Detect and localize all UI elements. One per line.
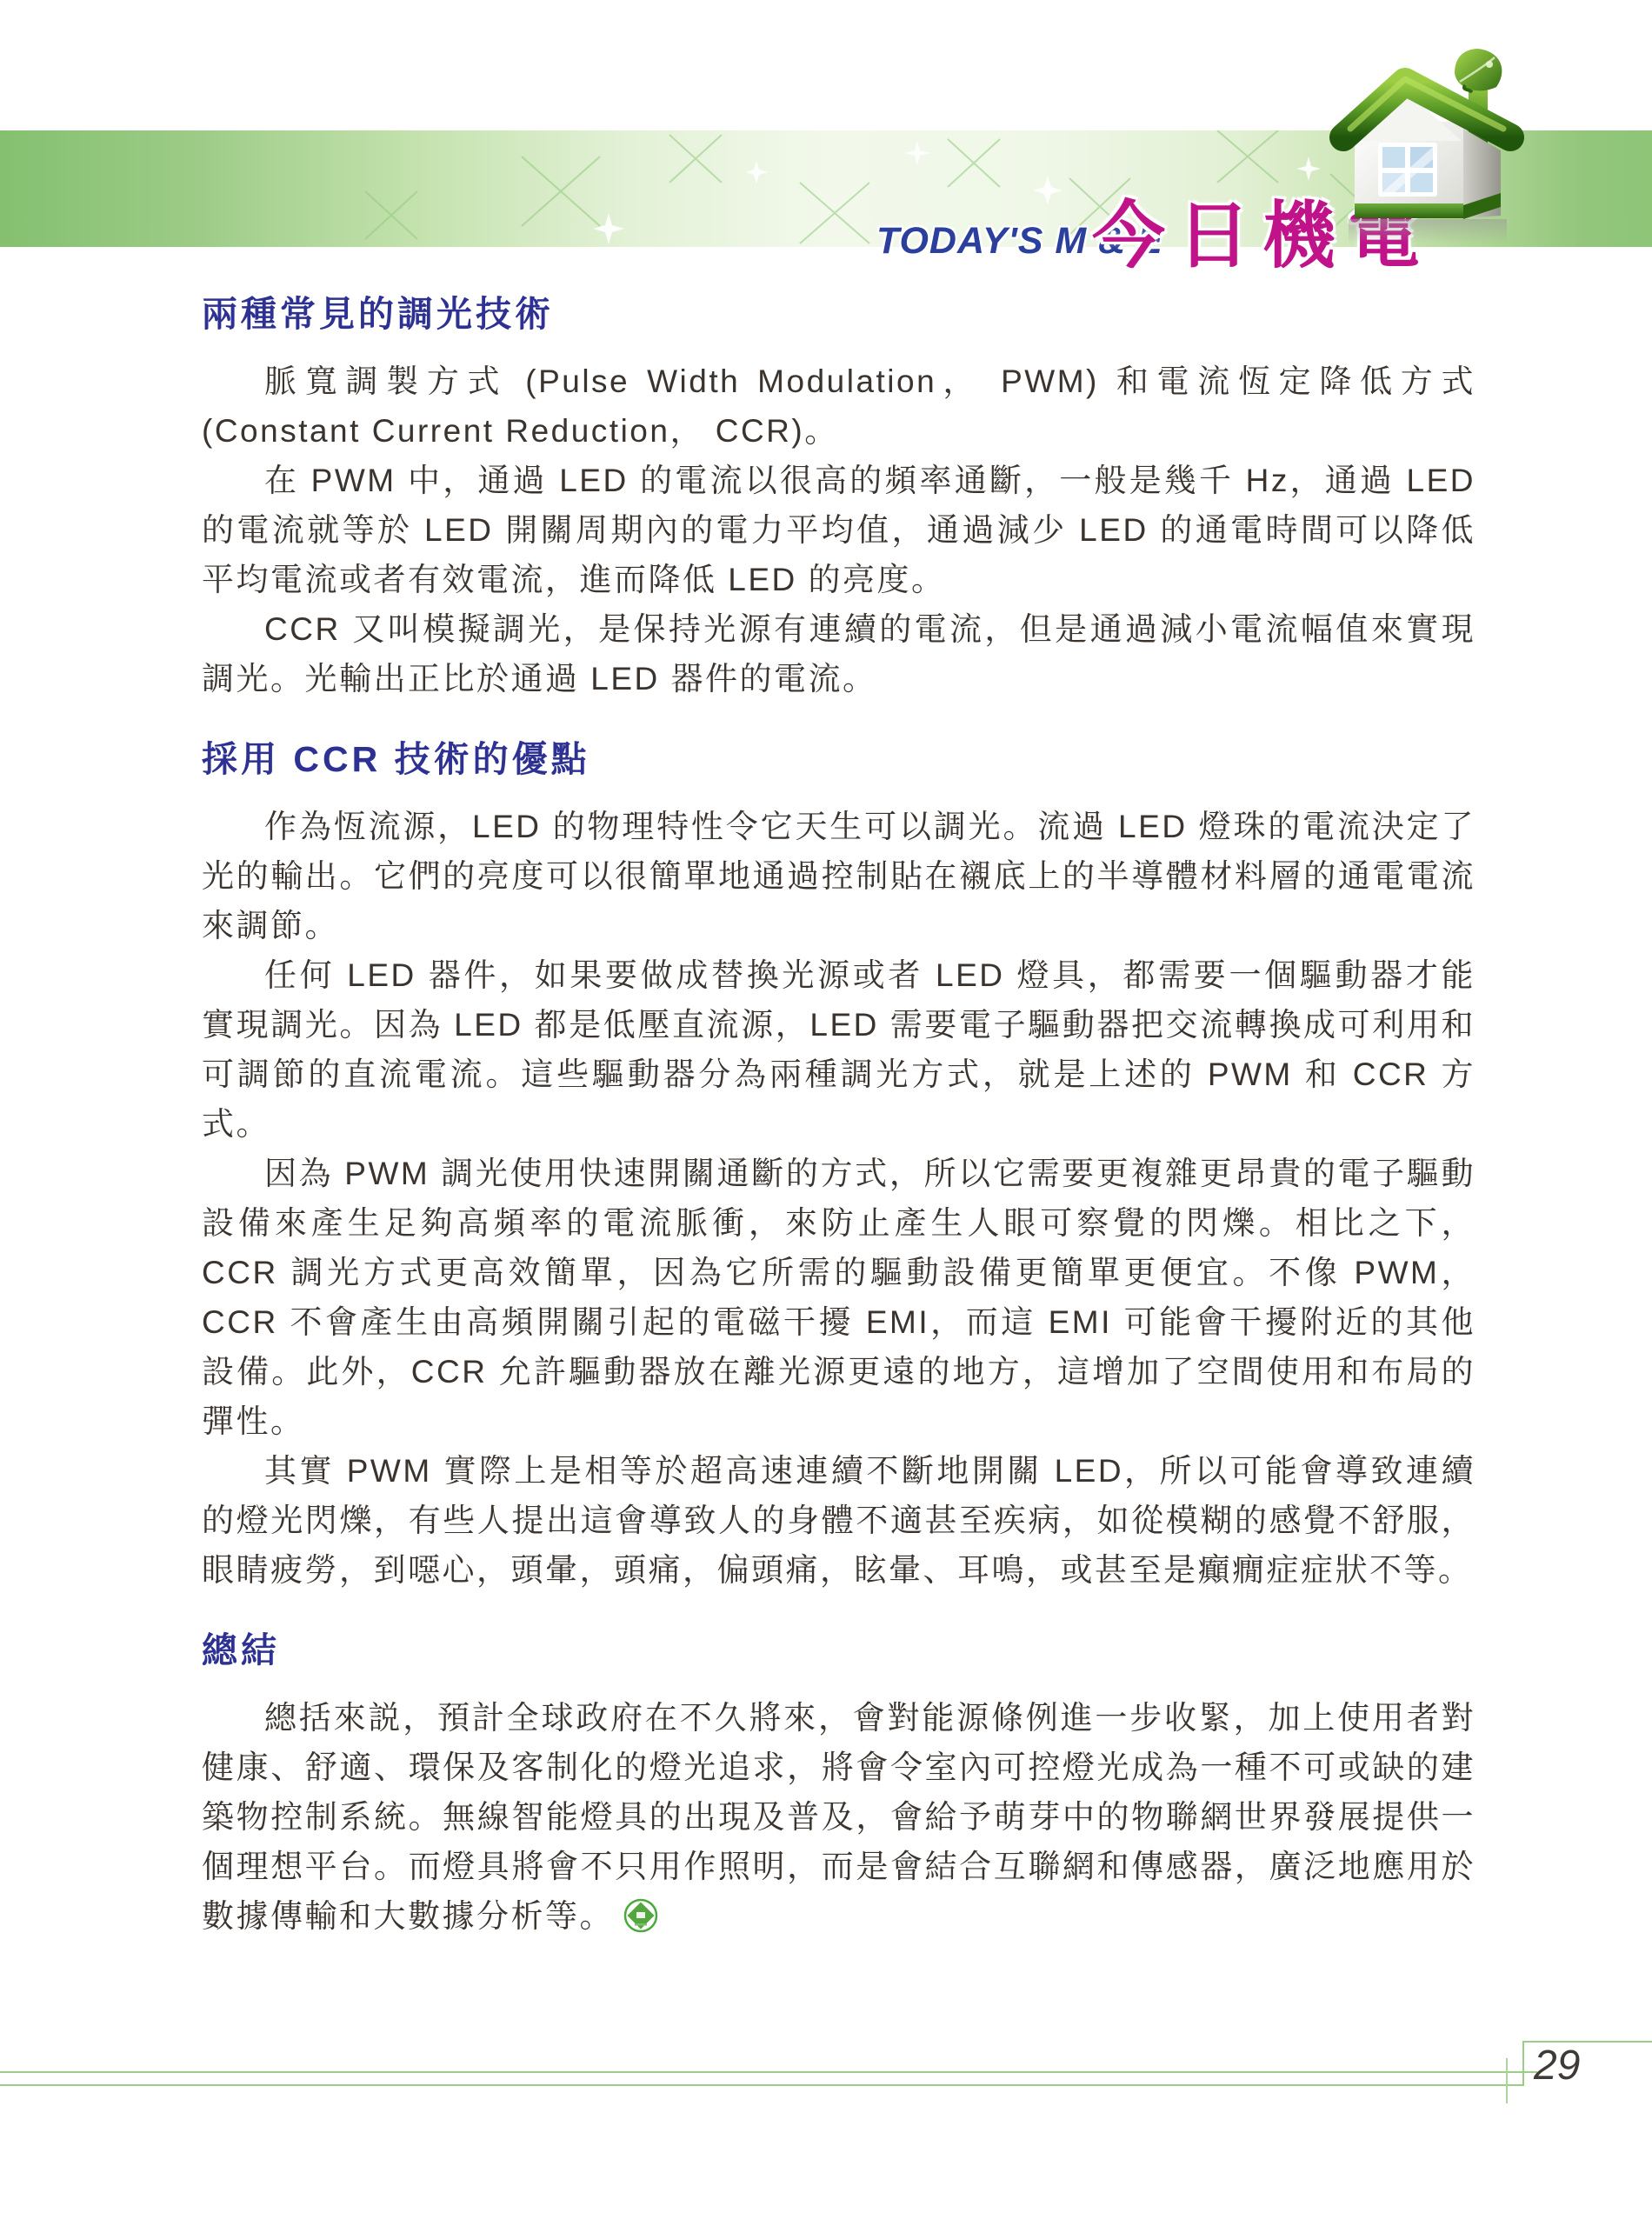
section-heading: 採用 CCR 技術的優點: [202, 738, 1475, 780]
paragraph: 脈寬調製方式 (Pulse Width Modulation， PWM) 和電流…: [202, 357, 1475, 456]
paragraph-text: 總括來説，預計全球政府在不久將來，會對能源條例進一步收緊，加上使用者對健康、舒適…: [202, 1700, 1475, 1934]
paragraph: 任何 LED 器件，如果要做成替換光源或者 LED 燈具，都需要一個驅動器才能實…: [202, 950, 1475, 1149]
paragraph: 作為恆流源，LED 的物理特性令它天生可以調光。流過 LED 燈珠的電流決定了光…: [202, 802, 1475, 950]
footer-line-tick: [1506, 2058, 1508, 2103]
magazine-page: TODAY'S M & E 今日機電: [0, 0, 1652, 2226]
paragraph: 總括來説，預計全球政府在不久將來，會對能源條例進一步收緊，加上使用者對健康、舒適…: [202, 1693, 1475, 1941]
section-heading: 總結: [202, 1630, 1475, 1671]
paragraph: 在 PWM 中，通過 LED 的電流以很高的頻率通斷，一般是幾千 Hz，通過 L…: [202, 456, 1475, 604]
footer-line-lower: [0, 2084, 1523, 2086]
section-heading: 兩種常見的調光技術: [202, 293, 1475, 335]
section-summary: 總結 總括來説，預計全球政府在不久將來，會對能源條例進一步收緊，加上使用者對健康…: [202, 1630, 1475, 1941]
footer-line-vertical: [1522, 2041, 1524, 2086]
section-ccr-advantages: 採用 CCR 技術的優點 作為恆流源，LED 的物理特性令它天生可以調光。流過 …: [202, 738, 1475, 1595]
article: 兩種常見的調光技術 脈寬調製方式 (Pulse Width Modulation…: [202, 293, 1475, 1941]
house-logo-icon: [1316, 42, 1533, 250]
paragraph: CCR 又叫模擬調光，是保持光源有連續的電流，但是通過減小電流幅值來實現調光。光…: [202, 604, 1475, 703]
end-mark-icon: [623, 1897, 659, 1934]
paragraph: 其實 PWM 實際上是相等於超高速連續不斷地開關 LED，所以可能會導致連續的燈…: [202, 1446, 1475, 1595]
paragraph: 因為 PWM 調光使用快速開關通斷的方式，所以它需要更複雜更昂貴的電子驅動設備來…: [202, 1149, 1475, 1446]
page-number: 29: [1534, 2042, 1580, 2089]
section-dimming-techniques: 兩種常見的調光技術 脈寬調製方式 (Pulse Width Modulation…: [202, 293, 1475, 703]
footer-line-upper: [0, 2071, 1537, 2073]
